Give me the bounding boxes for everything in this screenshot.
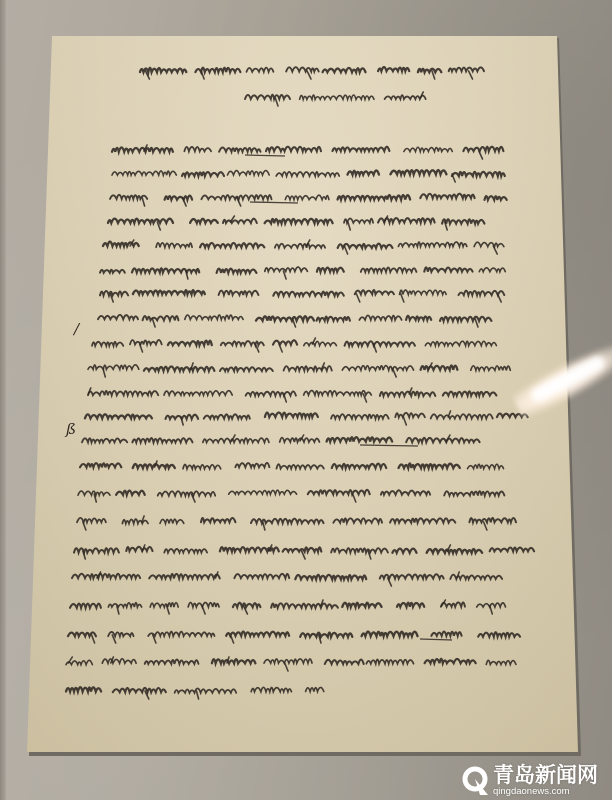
body-line: [66, 653, 530, 671]
display-frame-edge: [0, 0, 6, 800]
margin-mark: /: [74, 322, 79, 337]
body-line: [110, 188, 506, 206]
body-line: [72, 568, 520, 586]
watermark-chinese: 青岛新闻网: [493, 765, 598, 786]
watermark: 青岛新闻网 qingdaonews.com: [462, 762, 612, 800]
body-line: [70, 596, 515, 614]
body-line: [100, 261, 502, 279]
body-line: [112, 141, 510, 159]
body-line: [68, 625, 520, 643]
body-line: [108, 212, 505, 230]
body-line: [85, 407, 527, 425]
title-line: [245, 88, 425, 106]
body-line: [78, 484, 510, 502]
body-line: [74, 541, 530, 559]
body-line: [112, 164, 508, 182]
body-line: [80, 457, 500, 475]
body-line: [82, 431, 475, 449]
title-line: [140, 61, 478, 79]
margin-mark: ß: [66, 422, 76, 437]
body-line: [103, 236, 503, 254]
body-line: [88, 359, 510, 377]
body-line: [98, 309, 505, 327]
watermark-domain: qingdaonews.com: [493, 787, 598, 797]
body-line: [66, 681, 320, 699]
body-line: [100, 284, 500, 302]
body-line: [77, 512, 520, 530]
qingdaonews-logo-icon: [462, 766, 490, 796]
body-line: [92, 334, 497, 352]
body-line: [88, 384, 510, 402]
